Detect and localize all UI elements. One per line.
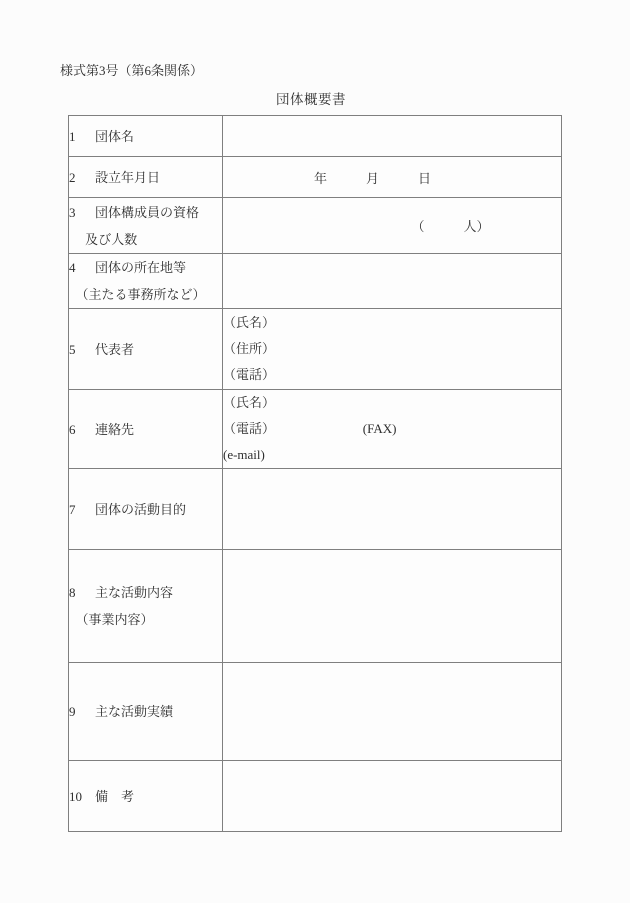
- row-content-cell: [223, 116, 562, 157]
- row-label-cell: 10備 考: [69, 761, 223, 832]
- row-label: 連絡先: [95, 422, 134, 437]
- row-number: 5: [69, 336, 95, 363]
- table-row: 5代表者 （氏名） （住所） （電話）: [69, 309, 562, 390]
- row-label: 団体の所在地等: [95, 260, 186, 275]
- row-content-cell: [223, 550, 562, 663]
- document-page: 様式第3号（第6条関係） 団体概要書 1団体名 2設立年月日 年 月 日 3団体…: [0, 0, 630, 903]
- row-number: 4: [69, 254, 95, 281]
- row-label: 設立年月日: [95, 170, 160, 185]
- member-count-placeholder: （ 人）: [223, 216, 561, 235]
- row-content-cell: （氏名） （電話） (FAX) (e-mail): [223, 390, 562, 469]
- table-row: 6連絡先 （氏名） （電話） (FAX) (e-mail): [69, 390, 562, 469]
- row-label: 備 考: [95, 789, 134, 804]
- row-label-line2: （事業内容）: [69, 606, 222, 633]
- row-number: 9: [69, 698, 95, 725]
- row-label-line2: （主たる事務所など）: [69, 281, 222, 308]
- phone-field-label: （電話）: [223, 362, 561, 388]
- row-label-cell: 8主な活動内容 （事業内容）: [69, 550, 223, 663]
- document-title: 団体概要書: [68, 91, 554, 109]
- row-content-cell: [223, 663, 562, 761]
- row-label-cell: 9主な活動実績: [69, 663, 223, 761]
- name-field-label: （氏名）: [223, 390, 561, 416]
- row-content-cell: [223, 469, 562, 550]
- row-number: 2: [69, 164, 95, 191]
- table-row: 4団体の所在地等 （主たる事務所など）: [69, 254, 562, 309]
- row-content-cell: [223, 761, 562, 832]
- table-row: 9主な活動実績: [69, 663, 562, 761]
- row-number: 7: [69, 496, 95, 523]
- row-content-cell: （ 人）: [223, 198, 562, 254]
- row-label-cell: 3団体構成員の資格 及び人数: [69, 198, 223, 254]
- date-placeholder: 年 月 日: [223, 168, 561, 187]
- row-label-line2: 及び人数: [69, 226, 222, 253]
- phone-fax-field-label: （電話） (FAX): [223, 416, 561, 442]
- row-number: 8: [69, 579, 95, 606]
- row-label: 団体構成員の資格: [95, 205, 199, 220]
- row-label: 団体の活動目的: [95, 502, 186, 517]
- row-label-cell: 6連絡先: [69, 390, 223, 469]
- email-field-label: (e-mail): [223, 442, 561, 468]
- table-row: 8主な活動内容 （事業内容）: [69, 550, 562, 663]
- row-label: 代表者: [95, 342, 134, 357]
- row-content-cell: （氏名） （住所） （電話）: [223, 309, 562, 390]
- row-label-cell: 1団体名: [69, 116, 223, 157]
- row-label: 主な活動実績: [95, 704, 173, 719]
- row-number: 1: [69, 123, 95, 150]
- row-content-cell: [223, 254, 562, 309]
- name-field-label: （氏名）: [223, 310, 561, 336]
- address-field-label: （住所）: [223, 336, 561, 362]
- table-row: 3団体構成員の資格 及び人数 （ 人）: [69, 198, 562, 254]
- row-number: 10: [69, 783, 95, 810]
- overview-table: 1団体名 2設立年月日 年 月 日 3団体構成員の資格 及び人数 （ 人）: [68, 115, 562, 832]
- row-label-cell: 2設立年月日: [69, 157, 223, 198]
- row-label-cell: 5代表者: [69, 309, 223, 390]
- table-row: 1団体名: [69, 116, 562, 157]
- row-label-cell: 4団体の所在地等 （主たる事務所など）: [69, 254, 223, 309]
- row-number: 3: [69, 199, 95, 226]
- row-label: 主な活動内容: [95, 585, 173, 600]
- row-content-cell: 年 月 日: [223, 157, 562, 198]
- row-number: 6: [69, 416, 95, 443]
- table-row: 10備 考: [69, 761, 562, 832]
- row-label-cell: 7団体の活動目的: [69, 469, 223, 550]
- table-row: 2設立年月日 年 月 日: [69, 157, 562, 198]
- form-number-label: 様式第3号（第6条関係）: [60, 62, 203, 80]
- row-label: 団体名: [95, 129, 134, 144]
- table-row: 7団体の活動目的: [69, 469, 562, 550]
